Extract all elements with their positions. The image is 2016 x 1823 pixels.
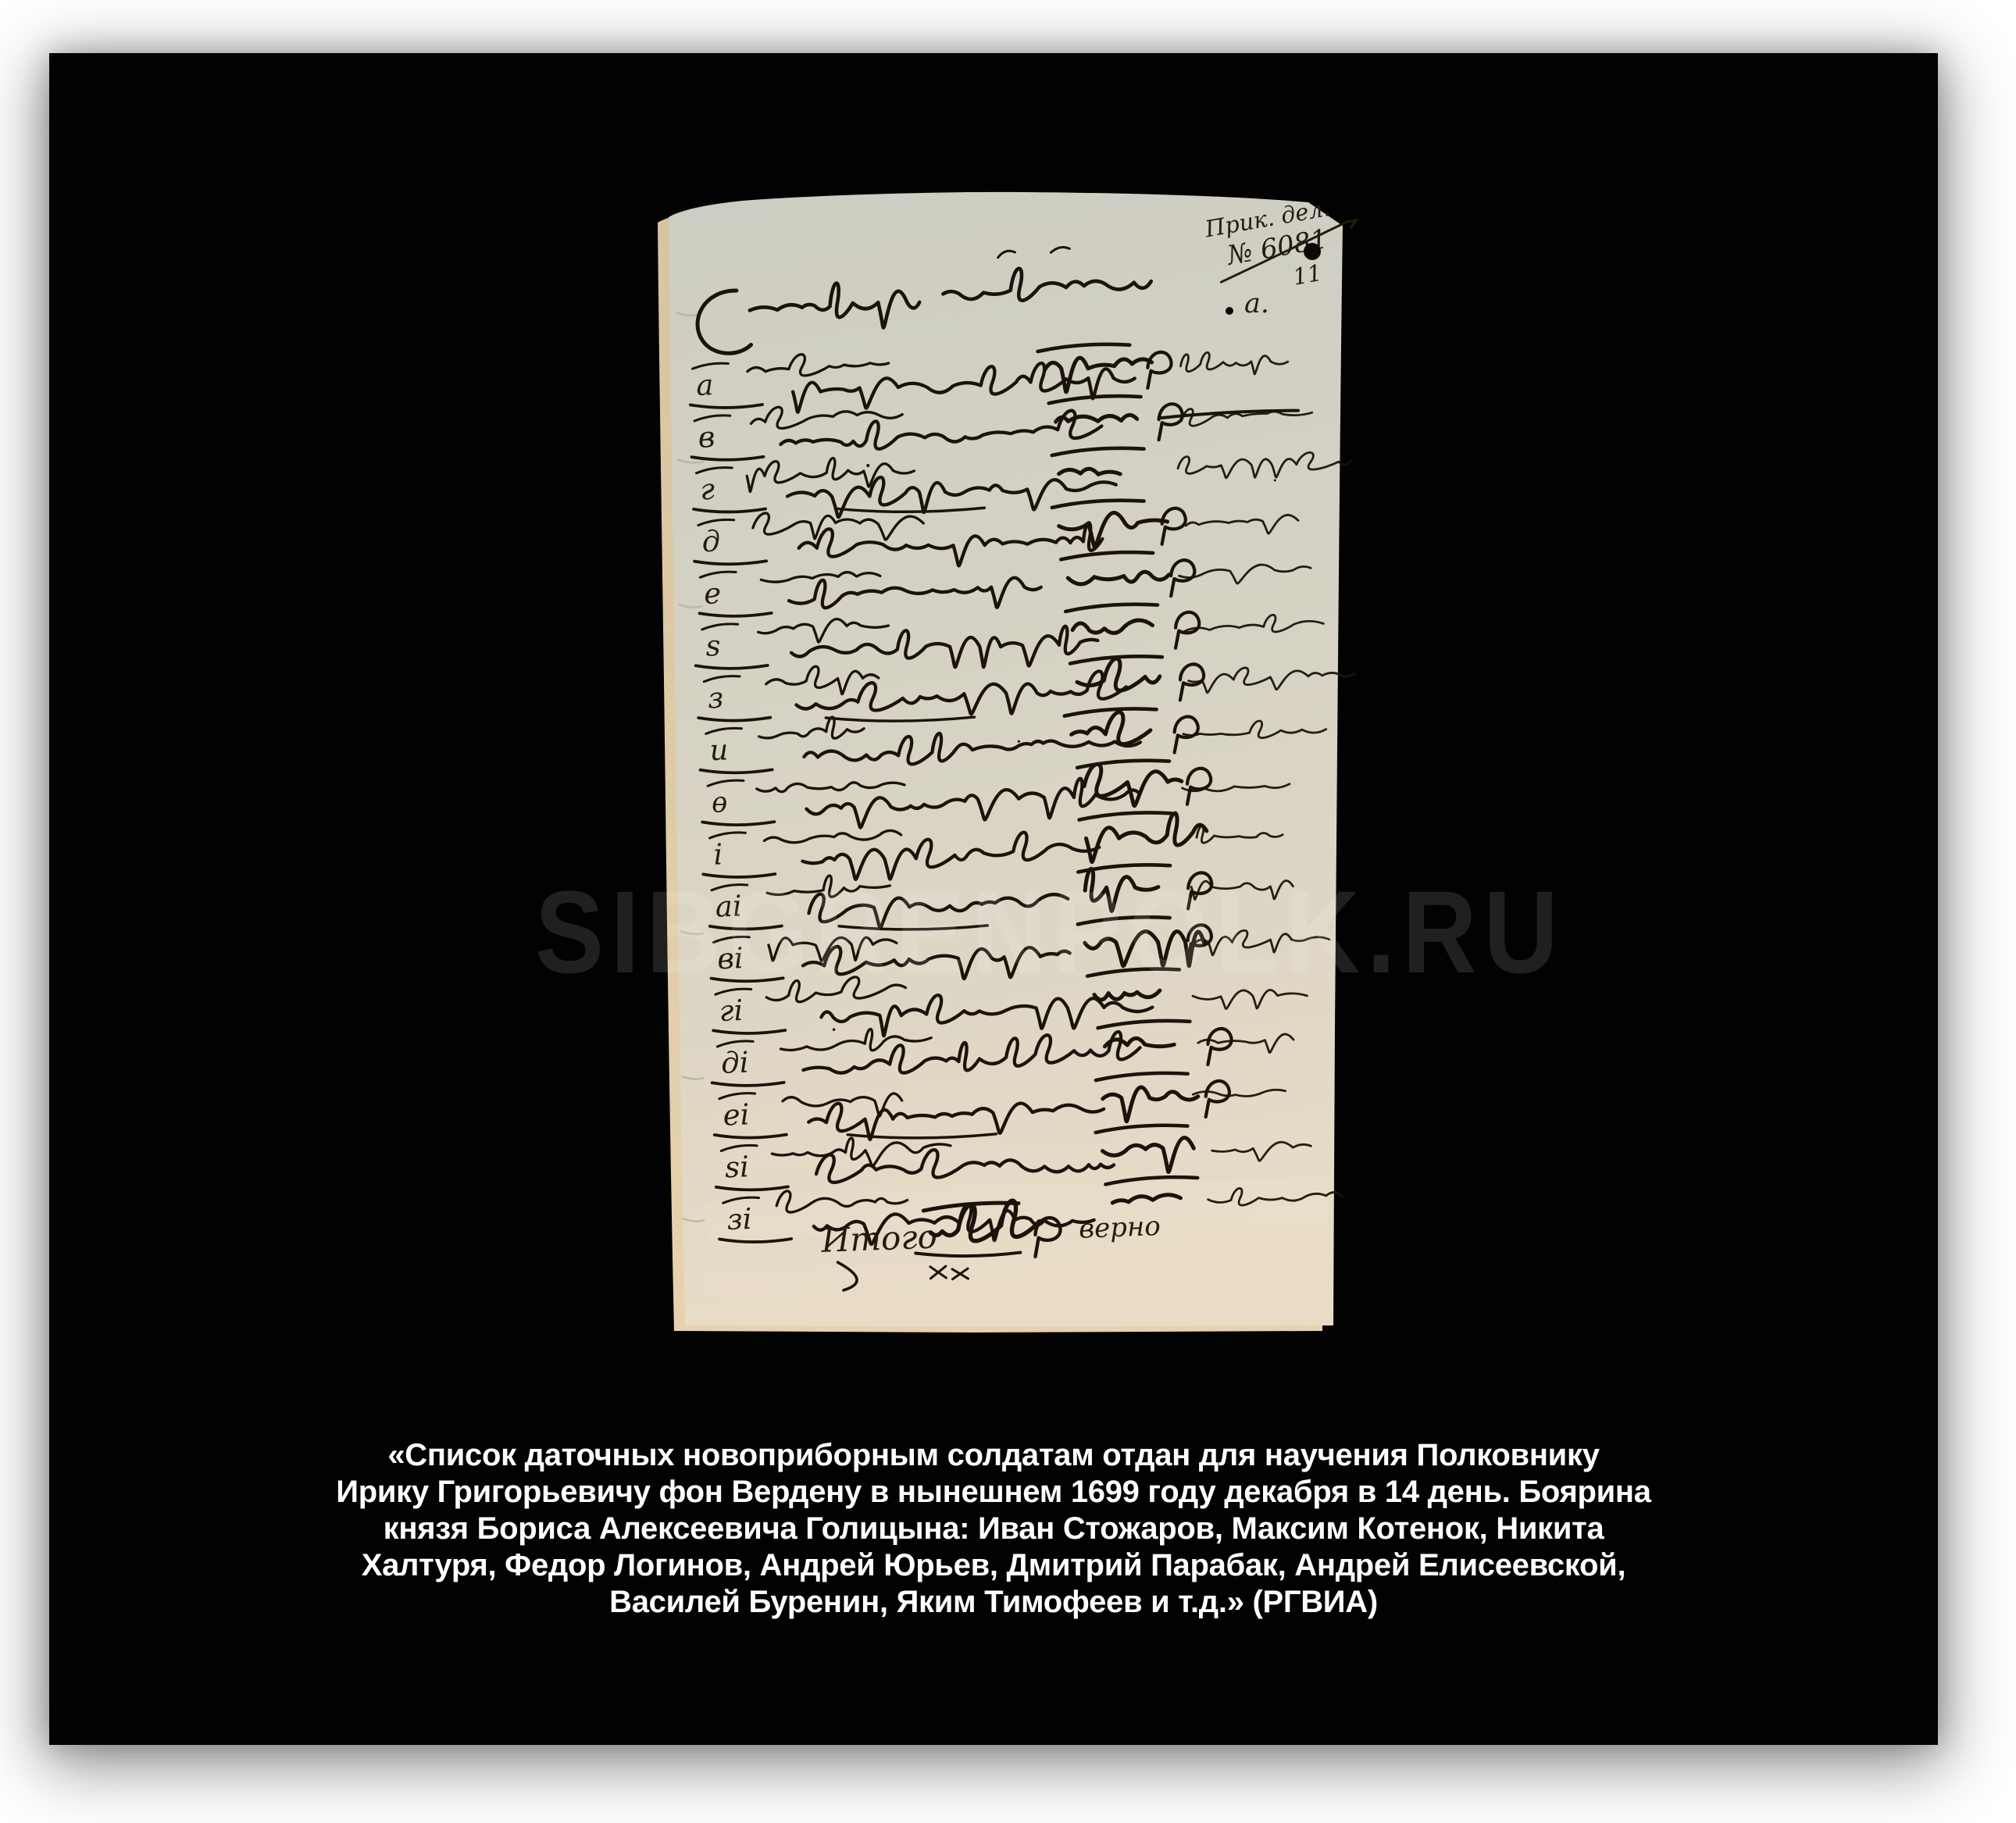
manuscript-text: ді — [720, 1046, 749, 1080]
manuscript-text: г — [699, 473, 715, 507]
manuscript-text: аі — [715, 889, 742, 923]
manuscript-text: в — [698, 420, 715, 455]
manuscript-text: е — [703, 576, 721, 611]
manuscript-text: ѳ — [711, 785, 728, 819]
manuscript-text: верно — [1079, 1211, 1161, 1245]
manuscript-text: і — [713, 837, 723, 871]
caption-line: князя Бориса Алексеевича Голицына: Иван … — [49, 1511, 1938, 1547]
caption-line: Халтуря, Федор Логинов, Андрей Юрьев, Дм… — [49, 1547, 1938, 1584]
ink-dot — [1226, 307, 1233, 315]
photo-card: Прик. дел. № 6081 11 а. авгдеѕзиѳіаівігі… — [49, 53, 1938, 1745]
archival-note-letter: а. — [1244, 288, 1269, 319]
archival-note-line3: 11 — [1291, 259, 1324, 291]
manuscript-text: ѕ — [705, 629, 722, 663]
paper-sheet — [658, 192, 1343, 1332]
manuscript-text: з — [707, 681, 724, 715]
manuscript-text: ві — [716, 941, 744, 976]
caption: «Список даточных новоприборным солдатам … — [49, 1437, 1938, 1621]
manuscript-text: и — [709, 733, 729, 767]
manuscript-text: д — [701, 524, 721, 558]
page-frame: Прик. дел. № 6081 11 а. авгдеѕзиѳіаівігі… — [0, 0, 2016, 1823]
manuscript-text: гі — [719, 994, 744, 1028]
caption-line: Ирику Григорьевичу фон Вердену в нынешне… — [49, 1474, 1938, 1511]
manuscript-text: а — [696, 368, 715, 402]
manuscript-text: ѕі — [724, 1150, 749, 1184]
caption-line: «Список даточных новоприборным солдатам … — [49, 1437, 1938, 1474]
caption-line: Василей Буренин, Яким Тимофеев и т.д.» (… — [49, 1584, 1938, 1621]
manuscript-text: еі — [723, 1097, 750, 1132]
punch-hole-dot — [1304, 243, 1321, 260]
manuscript-text: зі — [726, 1202, 753, 1236]
